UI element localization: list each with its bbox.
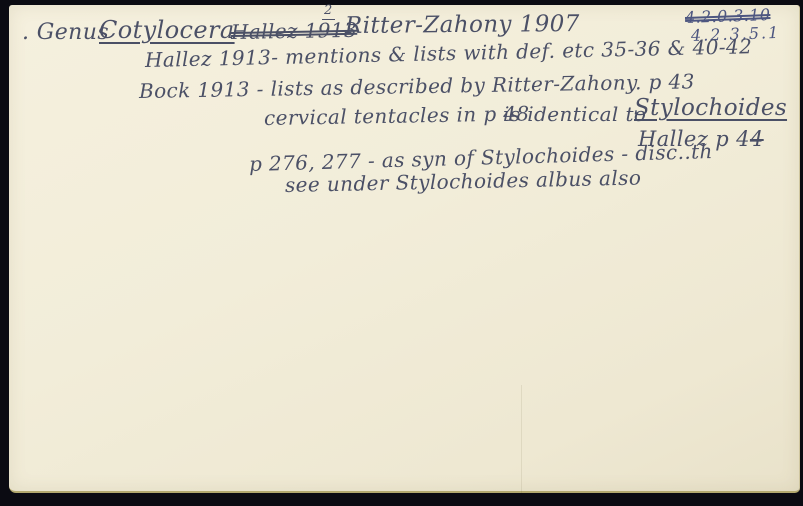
genus-name: Cotylocera [99,17,235,43]
note-identical-phrase: is identical to [503,103,646,125]
note-cervical-tentacles: cervical tentacles in p 48 [264,102,530,129]
scan-background: . Genus Cotylocera Hallez 1913 2 Ritter-… [0,0,803,506]
superscript-note: 2 [322,4,335,20]
stylochoides-reference: Stylochoides [634,96,787,121]
struck-author: Hallez 1913 [231,19,358,43]
index-card: . Genus Cotylocera Hallez 1913 2 Ritter-… [9,5,800,493]
hallez-page-struck-digit: 4 [750,127,764,151]
crease-line [521,385,522,493]
note-bock-1913: Bock 1913 - lists as described by Ritter… [139,70,695,102]
note-see-under: see under Stylochoides albus also [285,167,642,196]
genus-label: . Genus [22,21,109,45]
valid-author: Ritter-Zahony 1907 [345,12,580,39]
